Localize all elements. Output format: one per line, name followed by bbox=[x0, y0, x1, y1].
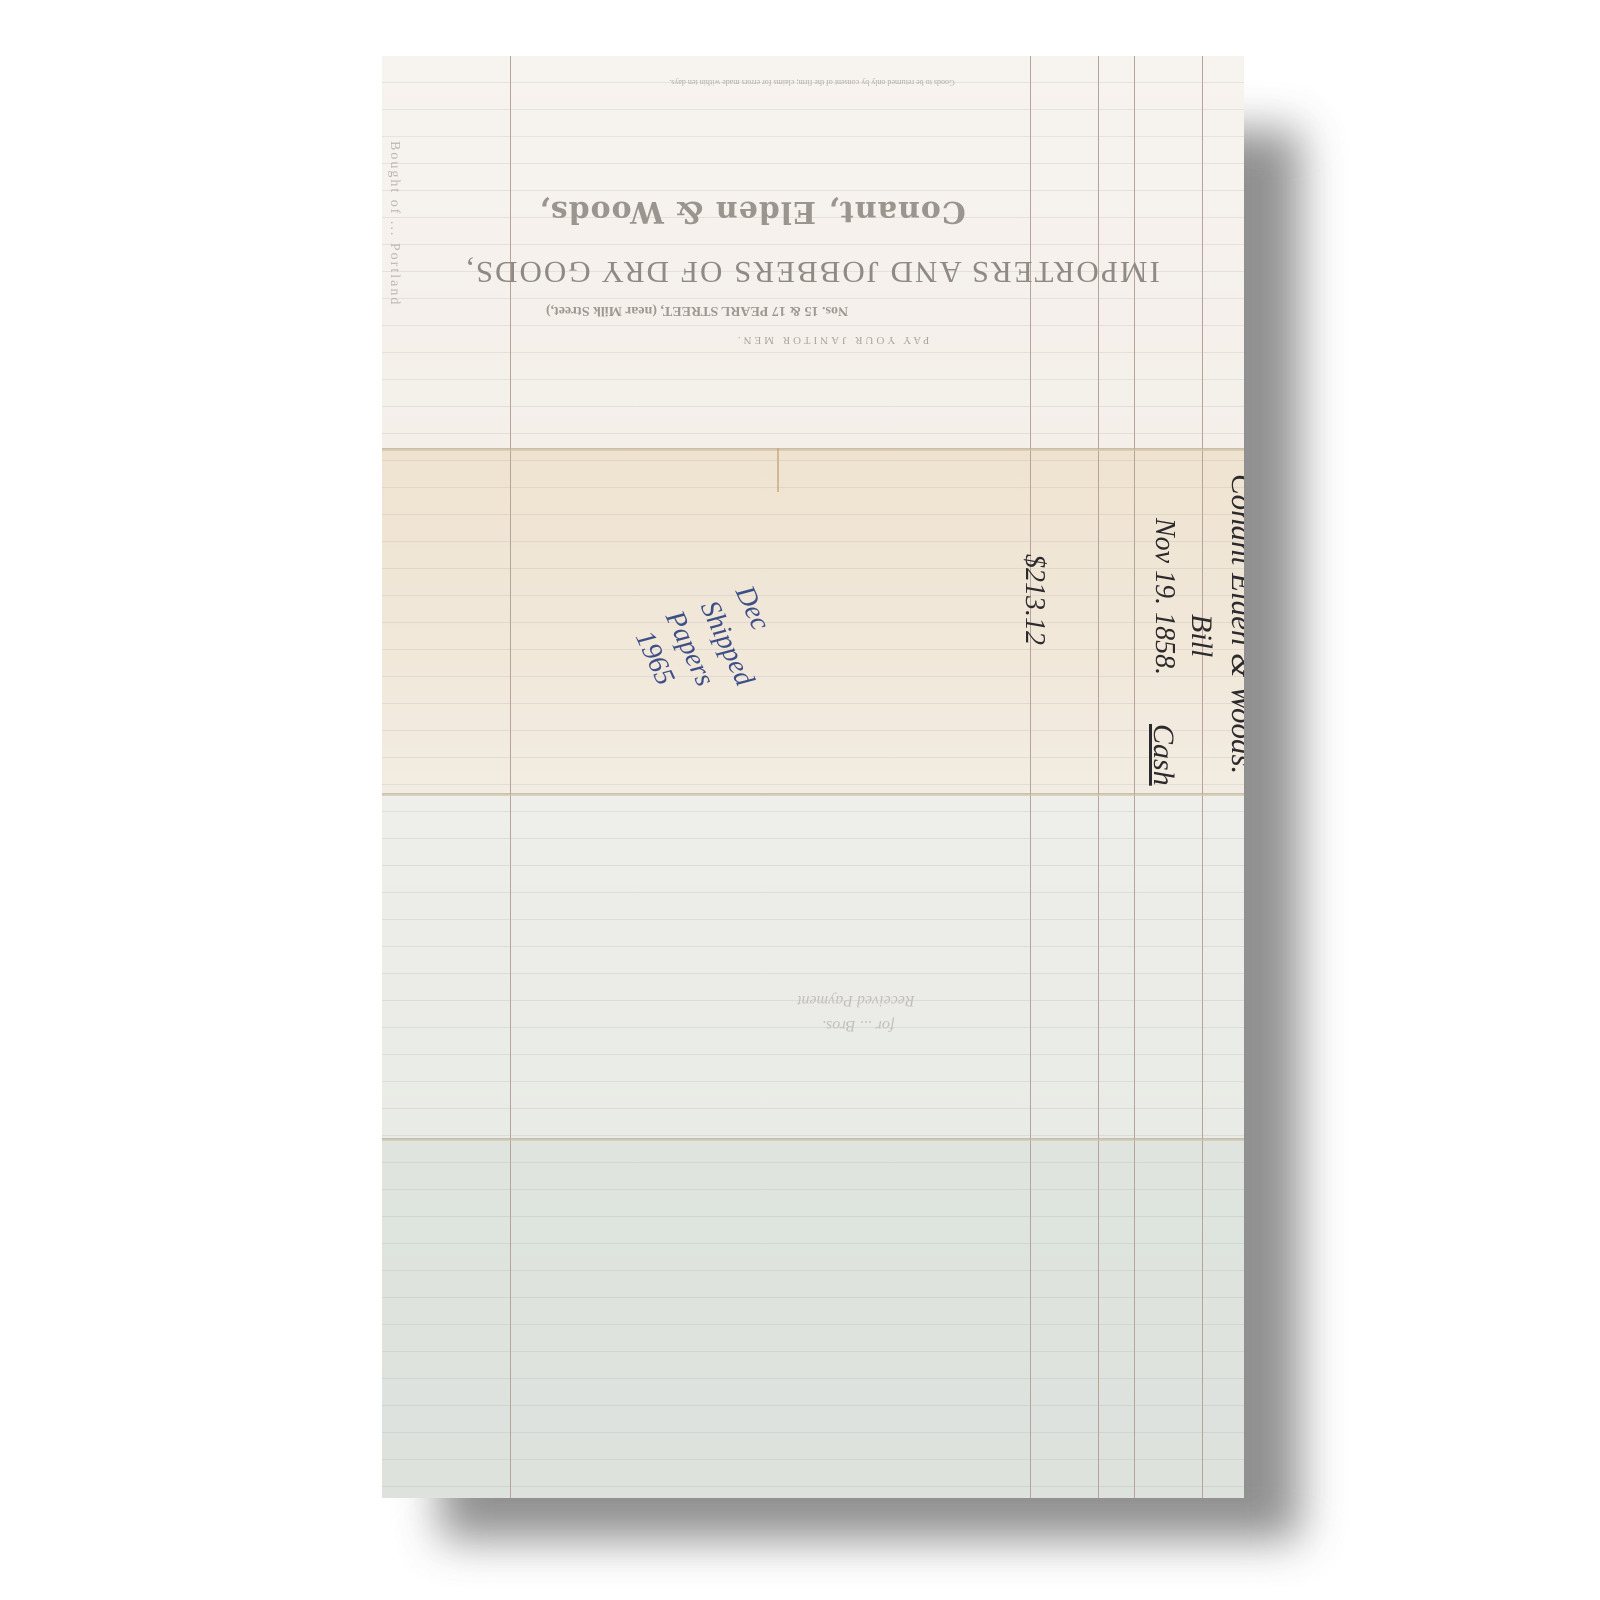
endorsement-firm: Conant Elden & Woods. bbox=[1224, 474, 1244, 774]
column-rule bbox=[1202, 56, 1203, 1498]
stain-mark bbox=[777, 448, 779, 492]
header-notice: Goods to be returned only by consent of … bbox=[562, 78, 1062, 87]
fold-crease bbox=[382, 1138, 1244, 1141]
endorsement-amount: $213.12 bbox=[1018, 554, 1050, 645]
fold-crease bbox=[382, 793, 1244, 796]
side-label: Bought of ... Portland bbox=[386, 141, 402, 306]
motto-line: PAY YOUR JANITOR MEN. bbox=[632, 334, 1032, 346]
fold-crease bbox=[382, 448, 1244, 451]
firm-name: Conant, Elden & Woods, bbox=[452, 194, 1052, 229]
endorsement-terms: Cash bbox=[1146, 724, 1180, 786]
endorsement-label: Bill bbox=[1184, 614, 1218, 657]
trade-line: IMPORTERS AND JOBBERS OF DRY GOODS, bbox=[442, 254, 1182, 290]
invoice-sheet: Goods to be returned only by consent of … bbox=[382, 56, 1244, 1498]
address-line: Nos. 15 & 17 PEARL STREET, (near Milk St… bbox=[442, 302, 952, 318]
bleedthrough-text: for ... Bros. bbox=[822, 1016, 894, 1034]
bleedthrough-text: Received Payment bbox=[797, 991, 915, 1009]
endorsement-date: Nov 19. 1858. bbox=[1148, 518, 1180, 675]
